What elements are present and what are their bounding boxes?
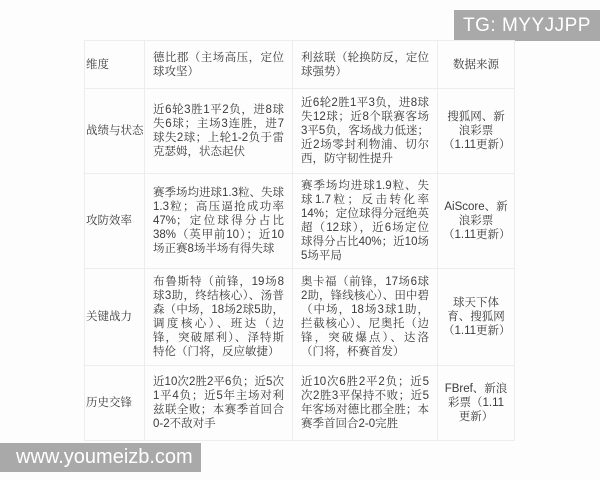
match-comparison-table: 维度 德比郡（主场高压，定位球攻坚） 利兹联（轮换防反，定位球强势） 数据来源 … [84,40,515,441]
cell-data-source: 搜狐网、新浪彩票（1.11更新） [438,89,515,174]
table-header: 维度 德比郡（主场高压，定位球攻坚） 利兹联（轮换防反，定位球强势） 数据来源 [85,41,515,89]
cell-away-team: 近10次6胜2平2负；近5次2胜3平保持不败；近5年客场对德比郡全胜；本赛季首回… [293,366,438,441]
cell-home-team: 近10次2胜2平6负；近5次1平4负；近5年主场对利兹联全败；本赛季首回合0-2… [145,366,293,441]
comparison-table-body: 战绩与状态近6轮3胜1平2负，进8球失6球；主场3连胜，进7球失2球；上轮1-2… [85,89,515,441]
cell-data-source: AiScore、新浪彩票（1.11更新） [438,174,515,269]
cell-home-team: 布鲁斯特（前锋，19场8球3助，终结核心）、汤普森（中场，18场2球5助，调度核… [145,269,293,366]
cell-dimension-label: 历史交锋 [85,366,145,441]
telegram-watermark: TG: MYYJJPP [454,10,600,41]
cell-data-source: 球天下体育、搜狐网（1.11更新） [438,269,515,366]
cell-away-team: 赛季场均进球1.9粒、失球1.7粒；反击转化率14%；定位球得分冠绝英超（12球… [293,174,438,269]
cell-data-source: FBref、新浪彩票（1.11更新） [438,366,515,441]
table-row: 关键战力布鲁斯特（前锋，19场8球3助，终结核心）、汤普森（中场，18场2球5助… [85,269,515,366]
header-away-team: 利兹联（轮换防反，定位球强势） [293,41,438,89]
cell-dimension-label: 关键战力 [85,269,145,366]
cell-home-team: 近6轮3胜1平2负，进8球失6球；主场3连胜，进7球失2球；上轮1-2负于雷克瑟… [145,89,293,174]
page: TG: MYYJJPP 维度 德比郡（主场高压，定位球攻坚） 利兹联（轮换防反，… [0,0,600,480]
cell-dimension-label: 战绩与状态 [85,89,145,174]
header-row: 维度 德比郡（主场高压，定位球攻坚） 利兹联（轮换防反，定位球强势） 数据来源 [85,41,515,89]
table-row: 战绩与状态近6轮3胜1平2负，进8球失6球；主场3连胜，进7球失2球；上轮1-2… [85,89,515,174]
cell-away-team: 近6轮2胜1平3负，进8球失12球；近8个联赛客场3平5负，客场战力低迷；近2场… [293,89,438,174]
cell-home-team: 赛季场均进球1.3粒、失球1.3粒；高压逼抢成功率47%；定位球得分占比38%（… [145,174,293,269]
site-watermark: www.youmeizb.com [0,443,201,472]
cell-dimension-label: 攻防效率 [85,174,145,269]
header-dimension: 维度 [85,41,145,89]
table-row: 攻防效率赛季场均进球1.3粒、失球1.3粒；高压逼抢成功率47%；定位球得分占比… [85,174,515,269]
header-home-team: 德比郡（主场高压，定位球攻坚） [145,41,293,89]
header-data-source: 数据来源 [438,41,515,89]
cell-away-team: 奥卡福（前锋，17场6球2助，锋线核心）、田中碧（中场，18场3球1助，拦截核心… [293,269,438,366]
table-row: 历史交锋近10次2胜2平6负；近5次1平4负；近5年主场对利兹联全败；本赛季首回… [85,366,515,441]
